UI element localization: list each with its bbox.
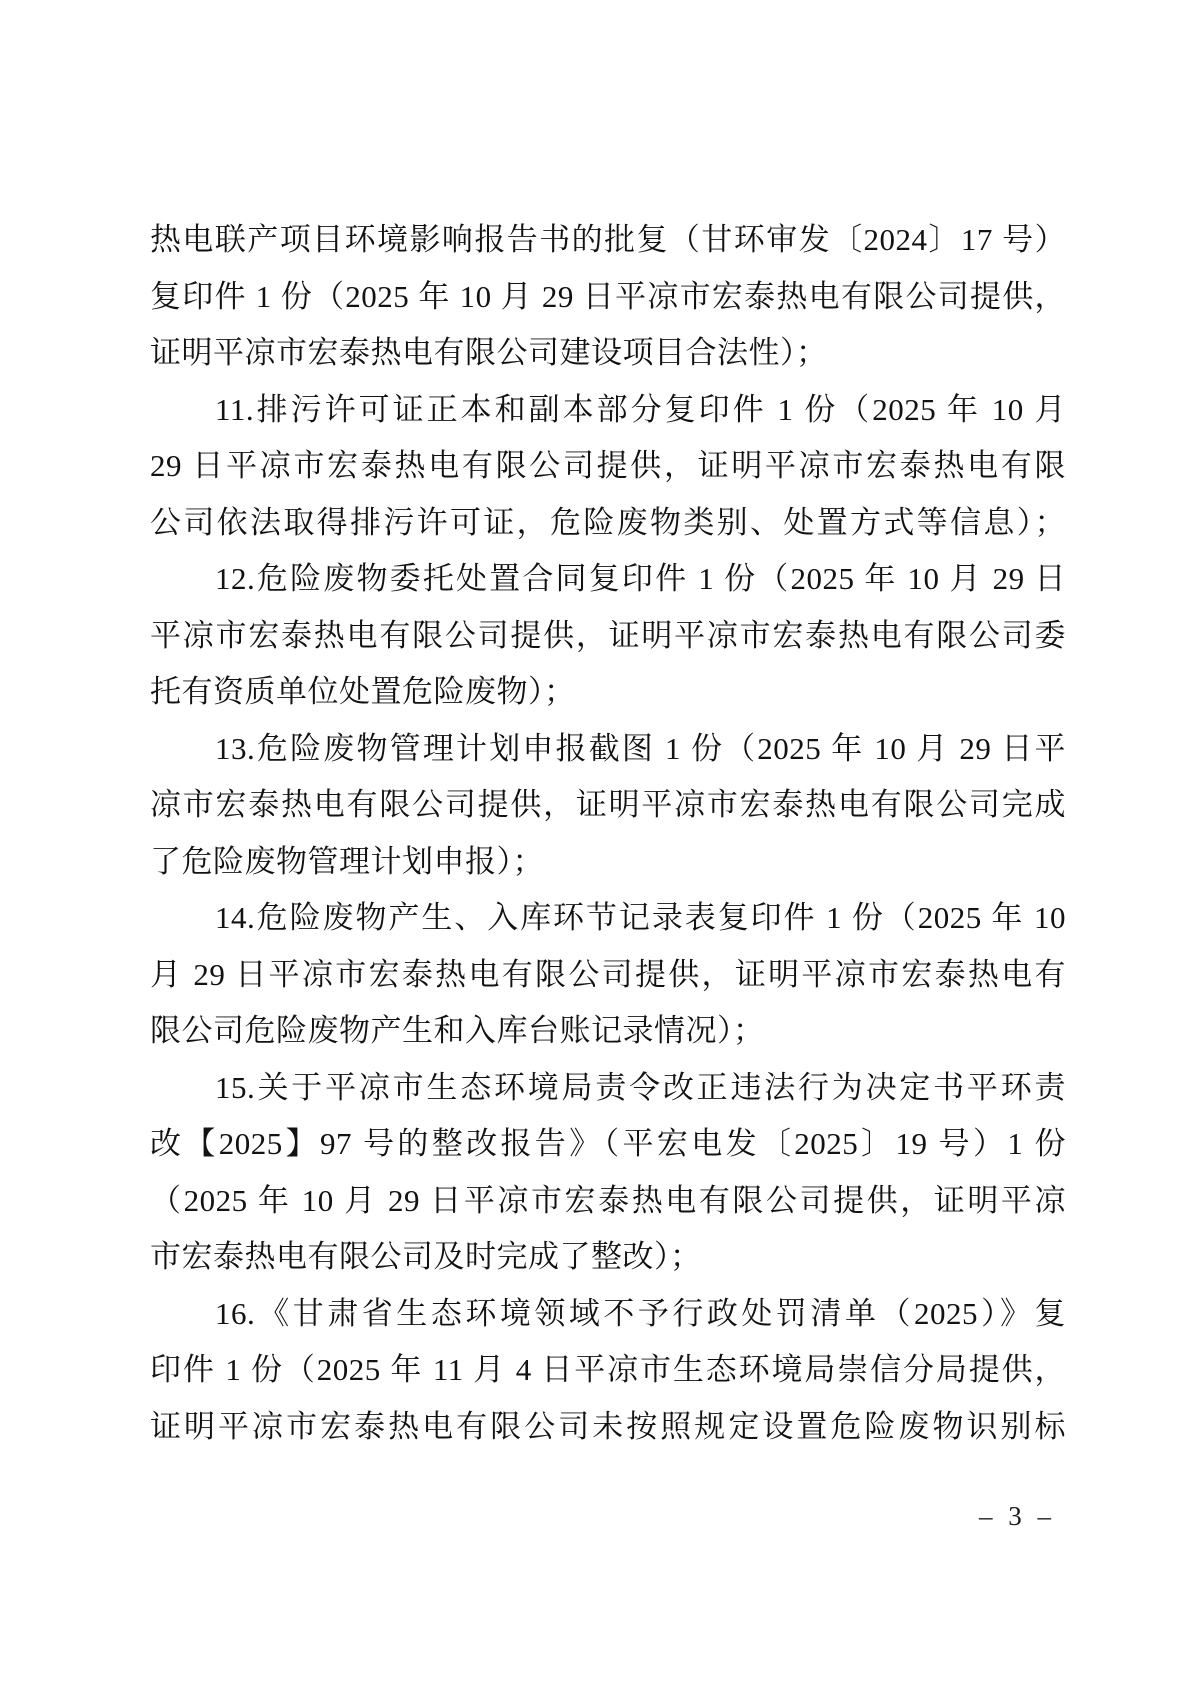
page-number: – 3 – xyxy=(979,1496,1051,1536)
text-line: 印件 1 份（2025 年 11 月 4 日平凉市生态环境局崇信分局提供， xyxy=(150,1342,1066,1399)
text-line: 13.危险废物管理计划申报截图 1 份（2025 年 10 月 29 日平 xyxy=(150,721,1066,778)
text-line: 复印件 1 份（2025 年 10 月 29 日平凉市宏泰热电有限公司提供， xyxy=(150,269,1066,326)
text-line: 11.排污许可证正本和副本部分复印件 1 份（2025 年 10 月 xyxy=(150,382,1066,439)
text-line: 14.危险废物产生、入库环节记录表复印件 1 份（2025 年 10 xyxy=(150,890,1066,947)
text-line: 12.危险废物委托处置合同复印件 1 份（2025 年 10 月 29 日 xyxy=(150,551,1066,608)
text-line: 凉市宏泰热电有限公司提供，证明平凉市宏泰热电有限公司完成 xyxy=(150,777,1066,834)
document-page: 热电联产项目环境影响报告书的批复（甘环审发〔2024〕17 号）复印件 1 份（… xyxy=(0,0,1199,1696)
text-line: 了危险废物管理计划申报）； xyxy=(150,834,1066,891)
text-line: 公司依法取得排污许可证，危险废物类别、处置方式等信息）； xyxy=(150,495,1066,552)
text-line: 16.《甘肃省生态环境领域不予行政处罚清单（2025）》复 xyxy=(150,1286,1066,1343)
text-line: 市宏泰热电有限公司及时完成了整改）； xyxy=(150,1229,1066,1286)
text-line: 改【2025】97 号的整改报告》（平宏电发〔2025〕19 号）1 份 xyxy=(150,1116,1066,1173)
text-line: 热电联产项目环境影响报告书的批复（甘环审发〔2024〕17 号） xyxy=(150,212,1066,269)
text-line: （2025 年 10 月 29 日平凉市宏泰热电有限公司提供，证明平凉 xyxy=(150,1173,1066,1230)
text-line: 证明平凉市宏泰热电有限公司未按照规定设置危险废物识别标 xyxy=(150,1399,1066,1456)
text-line: 平凉市宏泰热电有限公司提供，证明平凉市宏泰热电有限公司委 xyxy=(150,608,1066,665)
text-line: 证明平凉市宏泰热电有限公司建设项目合法性）； xyxy=(150,325,1066,382)
text-line: 托有资质单位处置危险废物）； xyxy=(150,664,1066,721)
text-line: 限公司危险废物产生和入库台账记录情况）； xyxy=(150,1003,1066,1060)
text-line: 15.关于平凉市生态环境局责令改正违法行为决定书平环责 xyxy=(150,1060,1066,1117)
text-line: 月 29 日平凉市宏泰热电有限公司提供，证明平凉市宏泰热电有 xyxy=(150,947,1066,1004)
document-body: 热电联产项目环境影响报告书的批复（甘环审发〔2024〕17 号）复印件 1 份（… xyxy=(150,212,1066,1455)
text-line: 29 日平凉市宏泰热电有限公司提供，证明平凉市宏泰热电有限 xyxy=(150,438,1066,495)
